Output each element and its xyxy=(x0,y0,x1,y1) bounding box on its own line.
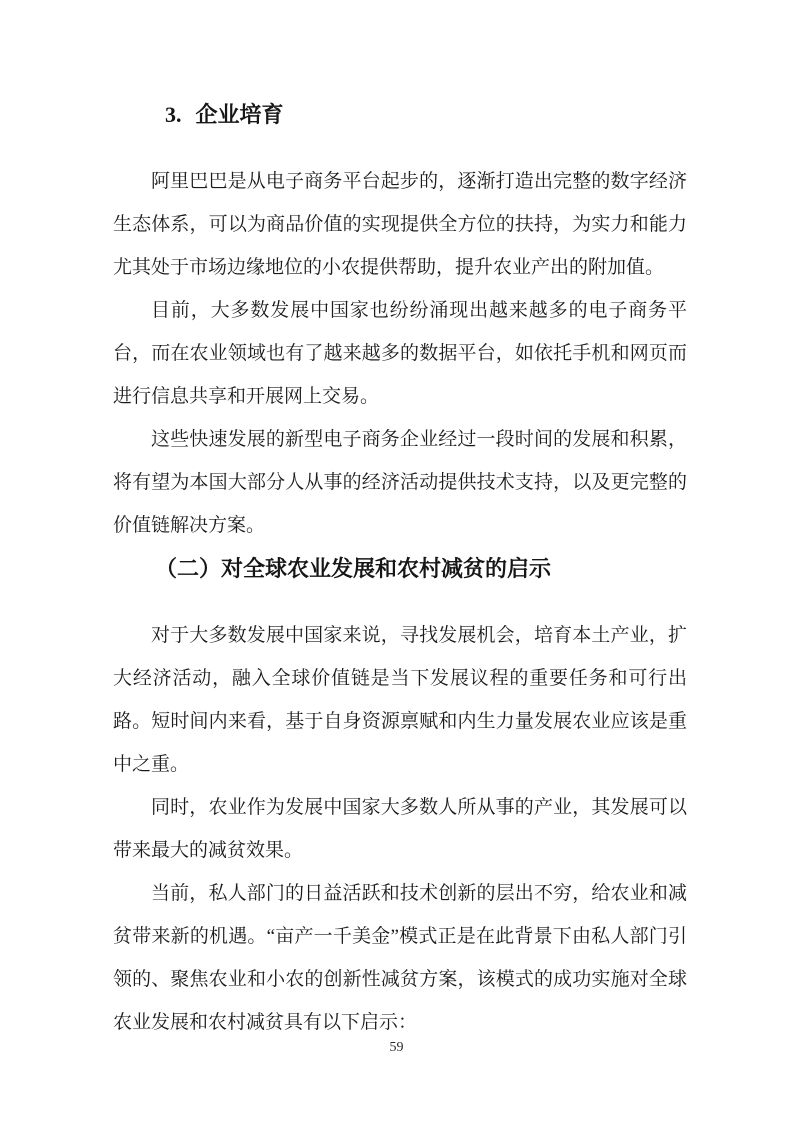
heading-text: 企业培育 xyxy=(196,102,284,127)
paragraph-private-sector-model: 当前，私人部门的日益活跃和技术创新的层出不穷，给农业和减贫带来新的机遇。“亩产一… xyxy=(113,872,687,1044)
heading-number: 3. xyxy=(165,102,182,127)
paragraph-new-ecommerce-enterprises: 这些快速发展的新型电子商务企业经过一段时间的发展和积累，将有望为本国大部分人从事… xyxy=(113,418,687,547)
section-heading-enterprise-cultivation: 3.企业培育 xyxy=(113,93,687,136)
paragraph-ecommerce-platforms: 目前，大多数发展中国家也纷纷涌现出越来越多的电子商务平台，而在农业领域也有了越来… xyxy=(113,289,687,418)
document-page: 3.企业培育 阿里巴巴是从电子商务平台起步的，逐渐打造出完整的数字经济生态体系，… xyxy=(0,0,793,1123)
document-content: 3.企业培育 阿里巴巴是从电子商务平台起步的，逐渐打造出完整的数字经济生态体系，… xyxy=(113,0,687,1044)
section-heading-global-agriculture-implications: （二）对全球农业发展和农村减贫的启示 xyxy=(113,547,687,590)
page-number: 59 xyxy=(0,1041,793,1055)
paragraph-developing-countries-opportunities: 对于大多数发展中国家来说，寻找发展机会，培育本土产业，扩大经济活动，融入全球价值… xyxy=(113,614,687,786)
paragraph-alibaba-ecosystem: 阿里巴巴是从电子商务平台起步的，逐渐打造出完整的数字经济生态体系，可以为商品价值… xyxy=(113,160,687,289)
paragraph-agriculture-poverty-reduction: 同时，农业作为发展中国家大多数人所从事的产业，其发展可以带来最大的减贫效果。 xyxy=(113,786,687,872)
